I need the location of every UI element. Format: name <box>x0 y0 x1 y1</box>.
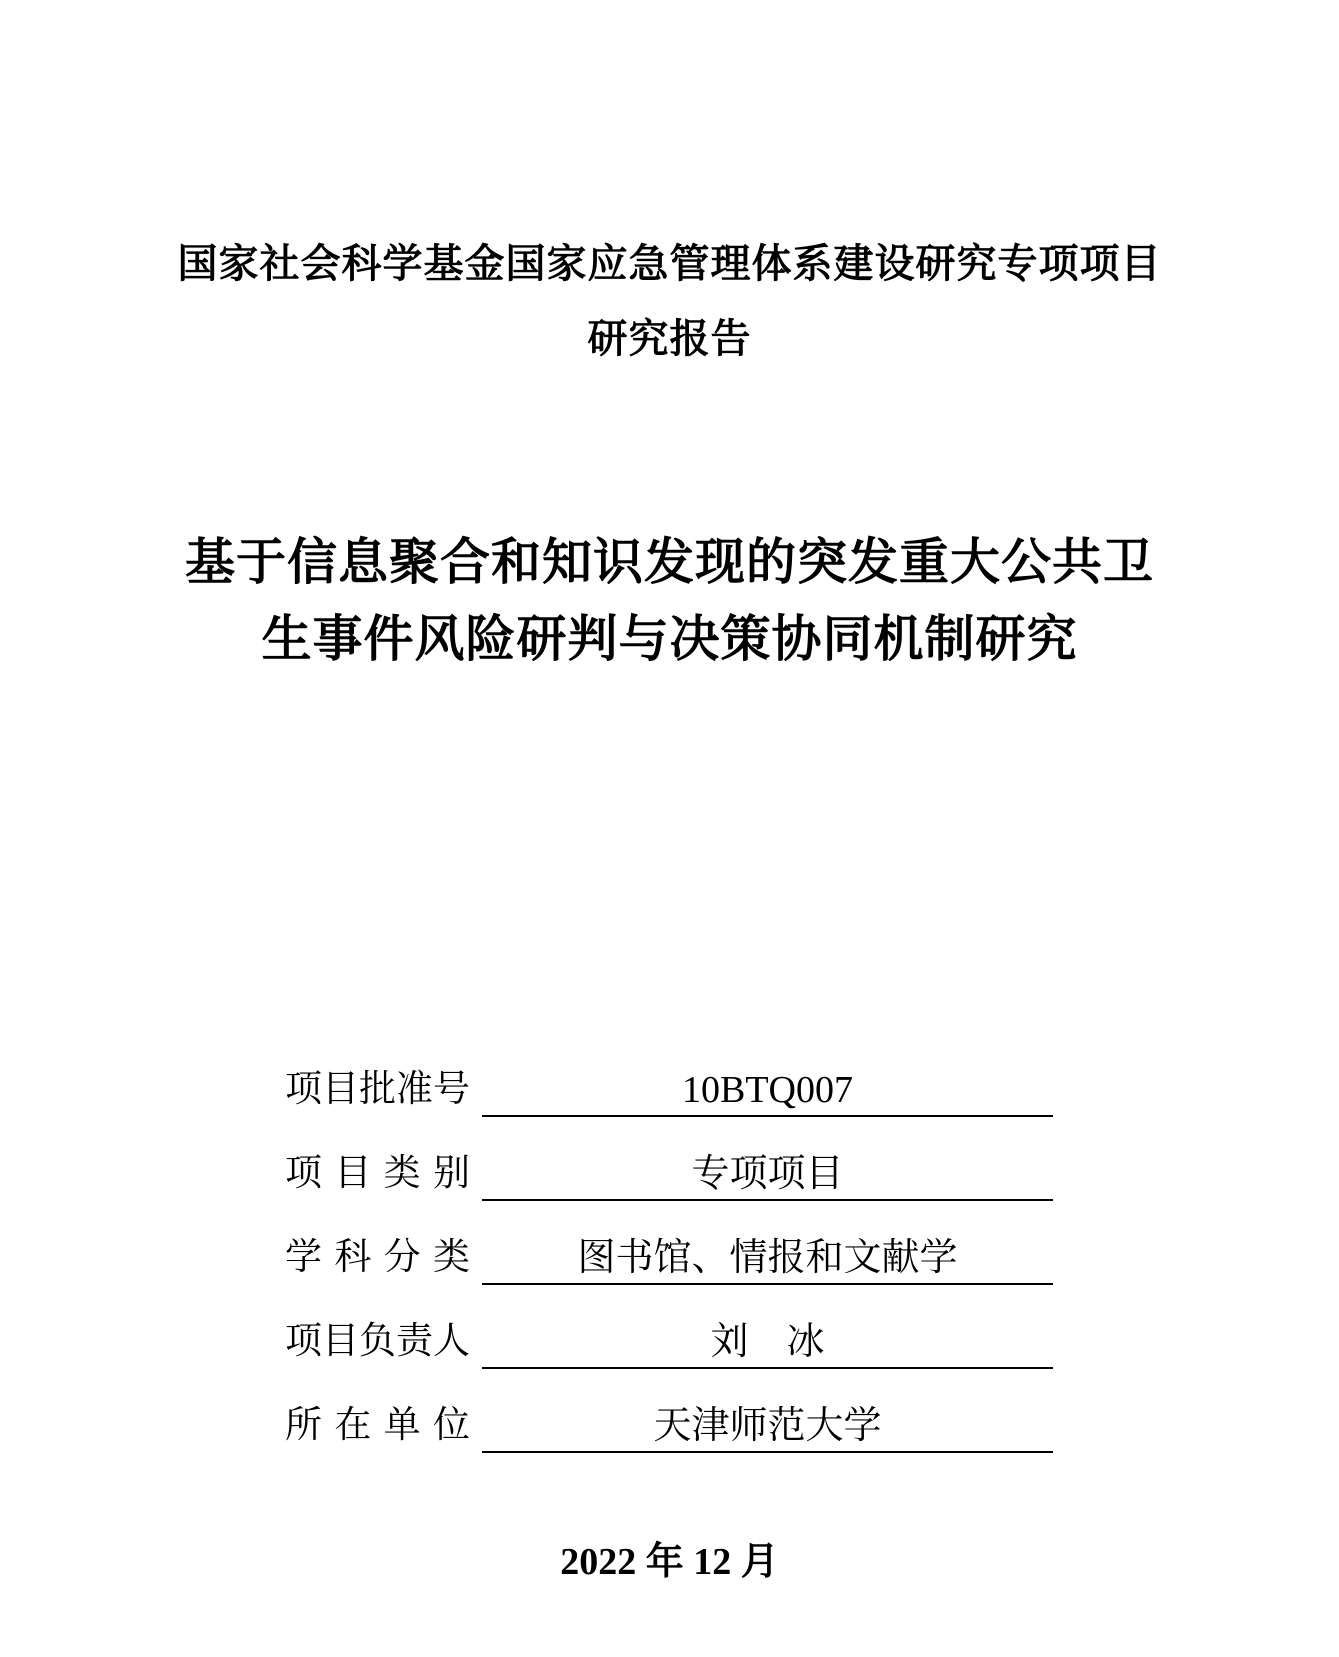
cover-date: 2022 年 12 月 <box>0 1538 1339 1586</box>
project-category-label: 项目类别 <box>285 1151 470 1201</box>
discipline-value: 图书馆、情报和文献学 <box>482 1235 1053 1286</box>
project-leader-label: 项目负责人 <box>285 1319 470 1369</box>
report-cover-page: 国家社会科学基金国家应急管理体系建设研究专项项目 研究报告 基于信息聚合和知识发… <box>0 0 1339 1657</box>
project-info-fields: 项目批准号 10BTQ007 项目类别 专项项目 学科分类 图书馆、情报和文献学… <box>285 1033 1053 1453</box>
field-row-project-category: 项目类别 专项项目 <box>285 1117 1053 1201</box>
project-category-value: 专项项目 <box>482 1151 1053 1202</box>
fund-program-header: 国家社会科学基金国家应急管理体系建设研究专项项目 研究报告 <box>0 226 1339 376</box>
project-title-line-1: 基于信息聚合和知识发现的突发重大公共卫 <box>0 524 1339 601</box>
field-row-discipline: 学科分类 图书馆、情报和文献学 <box>285 1201 1053 1285</box>
project-leader-value: 刘 冰 <box>482 1319 1053 1370</box>
field-row-project-leader: 项目负责人 刘 冰 <box>285 1285 1053 1369</box>
affiliation-label: 所在单位 <box>285 1403 470 1453</box>
field-row-affiliation: 所在单位 天津师范大学 <box>285 1369 1053 1453</box>
discipline-label: 学科分类 <box>285 1235 470 1285</box>
project-title: 基于信息聚合和知识发现的突发重大公共卫 生事件风险研判与决策协同机制研究 <box>0 524 1339 678</box>
field-row-approval-number: 项目批准号 10BTQ007 <box>285 1033 1053 1117</box>
approval-number-label: 项目批准号 <box>285 1067 470 1117</box>
fund-program-name: 国家社会科学基金国家应急管理体系建设研究专项项目 <box>0 226 1339 301</box>
affiliation-value: 天津师范大学 <box>482 1403 1053 1454</box>
approval-number-value: 10BTQ007 <box>482 1067 1053 1118</box>
project-title-line-2: 生事件风险研判与决策协同机制研究 <box>0 601 1339 678</box>
report-type: 研究报告 <box>0 301 1339 376</box>
